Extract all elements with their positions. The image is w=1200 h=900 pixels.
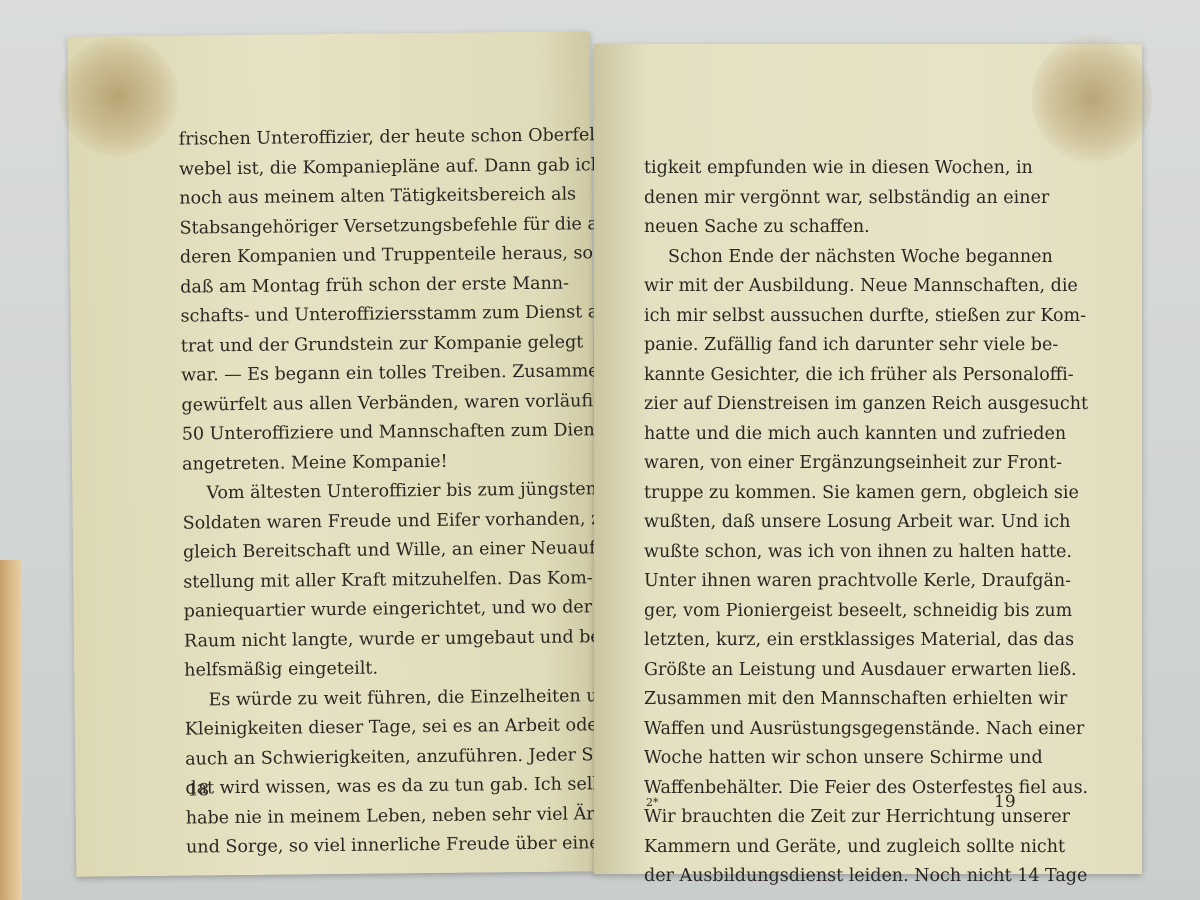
text-line: frischen Unteroffizier, der heute schon … [179, 122, 551, 155]
text-line: paniequartier wurde eingerichtet, und wo… [183, 594, 555, 627]
text-line: wußte schon, was ich von ihnen zu halten… [644, 538, 1022, 568]
text-line: Waffenbehälter. Die Feier des Osterfeste… [644, 774, 1022, 804]
stain-mark [1032, 34, 1152, 164]
text-line: denen mir vergönnt war, selbständig an e… [644, 184, 1022, 214]
page-number: 19 [994, 792, 1016, 812]
text-line: 50 Unteroffiziere und Mannschaften zum D… [182, 417, 554, 450]
text-line: webel ist, die Kompaniepläne auf. Dann g… [179, 151, 551, 184]
text-line: Vom ältesten Unteroffizier bis zum jüngs… [182, 476, 554, 509]
left-page: frischen Unteroffizier, der heute schon … [68, 31, 599, 876]
text-line: wir mit der Ausbildung. Neue Mannschafte… [644, 272, 1022, 302]
page-number: 18 [187, 780, 209, 800]
text-line: gleich Bereitschaft und Wille, an einer … [183, 535, 555, 568]
text-line: panie. Zufällig fand ich darunter sehr v… [644, 331, 1022, 361]
right-page-text: tigkeit empfunden wie in diesen Wochen, … [644, 154, 1022, 892]
text-line: Kleinigkeiten dieser Tage, sei es an Arb… [185, 712, 557, 745]
text-line: auch an Schwierigkeiten, anzuführen. Jed… [185, 741, 557, 774]
text-line: ich mir selbst aussuchen durfte, stießen… [644, 302, 1022, 332]
text-line: Soldaten waren Freude und Eifer vorhande… [183, 505, 555, 538]
right-page: tigkeit empfunden wie in diesen Wochen, … [594, 44, 1142, 874]
text-line: habe nie in meinem Leben, neben sehr vie… [186, 800, 558, 833]
text-line: trat und der Grundstein zur Kompanie gel… [181, 328, 553, 361]
text-line: Schon Ende der nächsten Woche begannen [644, 243, 1022, 273]
text-line: und Sorge, so viel innerliche Freude übe… [186, 830, 558, 863]
text-line: hatte und die mich auch kannten und zufr… [644, 420, 1022, 450]
text-line: gewürfelt aus allen Verbänden, waren vor… [181, 387, 553, 420]
text-line: kannte Gesichter, die ich früher als Per… [644, 361, 1022, 391]
text-line: Raum nicht langte, wurde er umgebaut und… [184, 623, 556, 656]
text-line: Stabsangehöriger Versetzungsbefehle für … [179, 210, 551, 243]
text-line: deren Kompanien und Truppenteile heraus,… [180, 240, 552, 273]
text-line: Kammern und Geräte, und zugleich sollte … [644, 833, 1022, 863]
text-line: Unter ihnen waren prachtvolle Kerle, Dra… [644, 567, 1022, 597]
text-line: helfsmäßig eingeteilt. [184, 653, 556, 686]
text-line: daß am Montag früh schon der erste Mann- [180, 269, 552, 302]
book-edge [0, 560, 22, 900]
text-line: dat wird wissen, was es da zu tun gab. I… [185, 771, 557, 804]
text-line: schafts- und Unteroffiziersstamm zum Die… [180, 299, 552, 332]
text-line: letzten, kurz, ein erstklassiges Materia… [644, 626, 1022, 656]
text-line: noch aus meinem alten Tätigkeitsbereich … [179, 181, 551, 214]
stain-mark [58, 36, 179, 157]
text-line: war. — Es begann ein tolles Treiben. Zus… [181, 358, 553, 391]
text-line: Waffen und Ausrüstungsgegenstände. Nach … [644, 715, 1022, 745]
text-line: zier auf Dienstreisen im ganzen Reich au… [644, 390, 1022, 420]
text-line: tigkeit empfunden wie in diesen Wochen, … [644, 154, 1022, 184]
text-line: wußten, daß unsere Losung Arbeit war. Un… [644, 508, 1022, 538]
open-book: frischen Unteroffizier, der heute schon … [72, 22, 1142, 882]
text-line: Wir brauchten die Zeit zur Herrichtung u… [644, 803, 1022, 833]
text-line: truppe zu kommen. Sie kamen gern, obglei… [644, 479, 1022, 509]
text-line: Größte an Leistung und Ausdauer erwarten… [644, 656, 1022, 686]
text-line: Es würde zu weit führen, die Einzelheite… [184, 682, 556, 715]
text-line: waren, von einer Ergänzungseinheit zur F… [644, 449, 1022, 479]
signature-mark: 2* [646, 796, 659, 809]
text-line: angetreten. Meine Kompanie! [182, 446, 554, 479]
text-line: neuen Sache zu schaffen. [644, 213, 1022, 243]
text-line: ger, vom Pioniergeist beseelt, schneidig… [644, 597, 1022, 627]
text-line: Woche hatten wir schon unsere Schirme un… [644, 744, 1022, 774]
text-line: der Ausbildungsdienst leiden. Noch nicht… [644, 862, 1022, 892]
text-line: stellung mit aller Kraft mitzuhelfen. Da… [183, 564, 555, 597]
left-page-text: frischen Unteroffizier, der heute schon … [179, 122, 559, 863]
text-line: Zusammen mit den Mannschaften erhielten … [644, 685, 1022, 715]
